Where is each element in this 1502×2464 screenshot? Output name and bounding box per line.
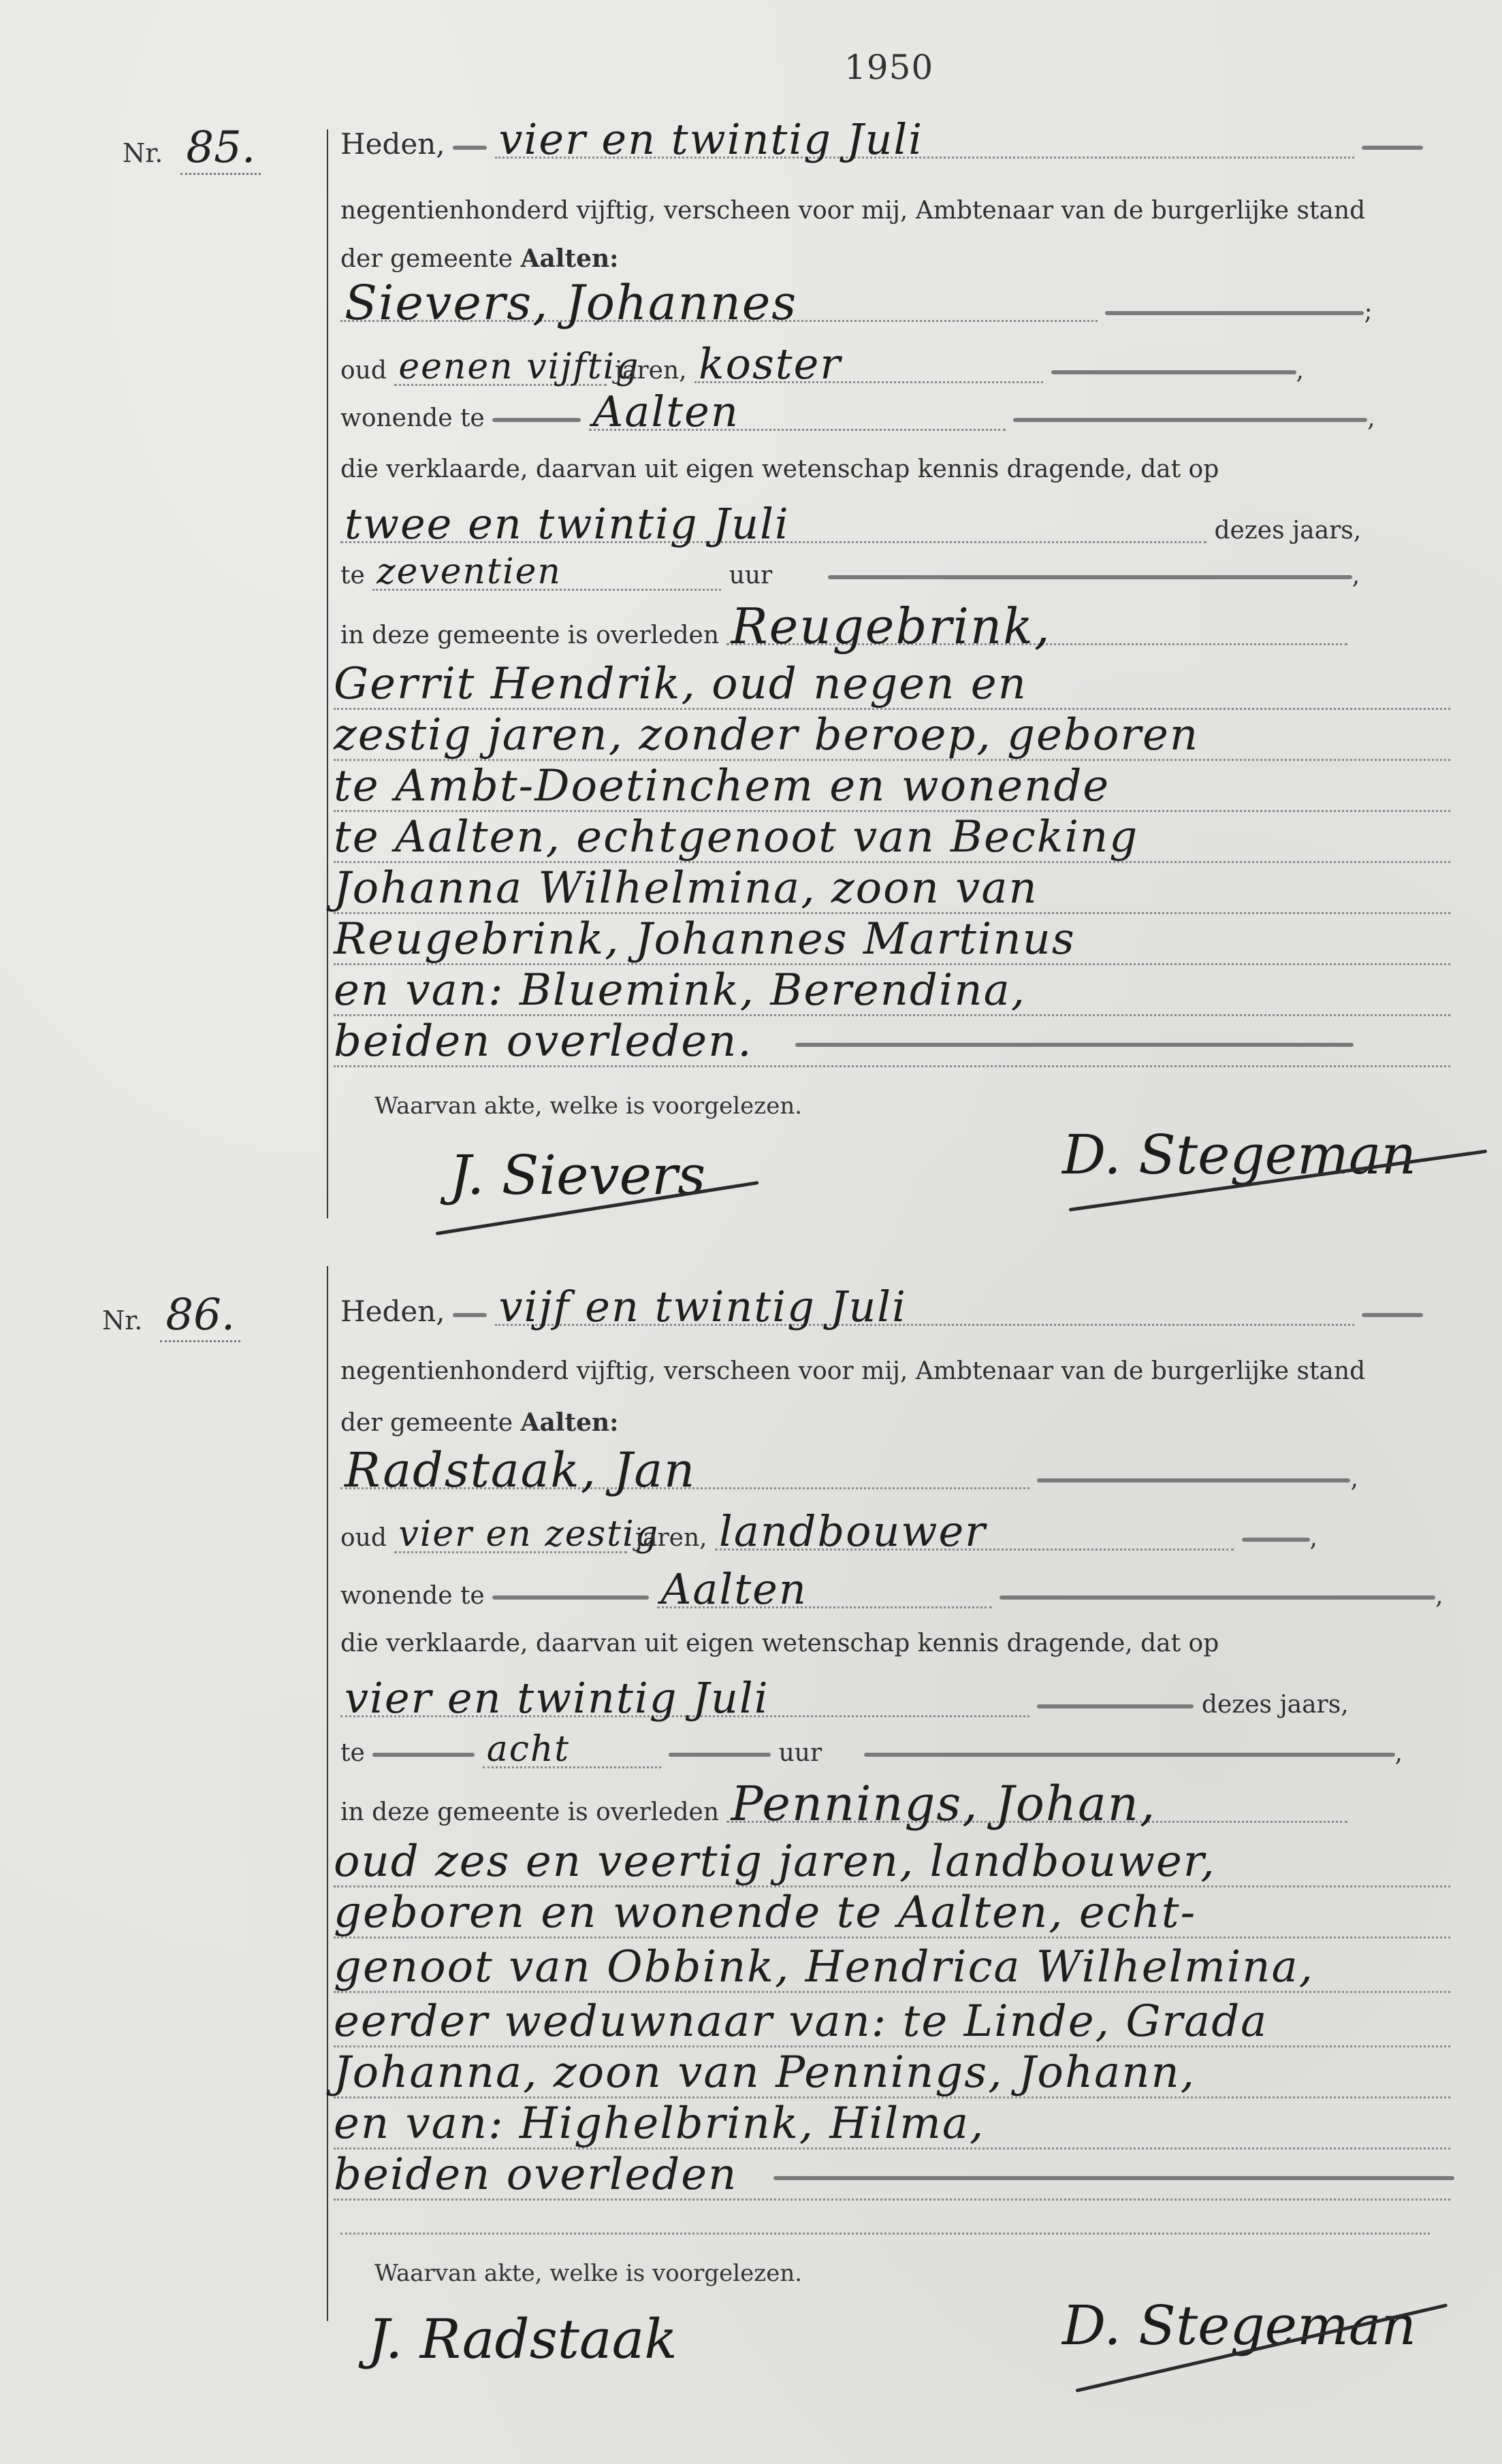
record-number: Nr. 85. (123, 123, 261, 173)
deceased-line-text: beiden overleden (334, 2150, 737, 2200)
oud-label: oud (340, 1524, 387, 1552)
declarant-name-line: Radstaak, Jan , (340, 1453, 1443, 1496)
death-hour-line: te zeventien uur , (340, 555, 1443, 593)
heden-line: Heden, vijf en twintig Juli (340, 1290, 1443, 1331)
declaration-text: die verklaarde, daarvan uit eigen wetens… (340, 453, 1219, 487)
deceased-line: genoot van Obbink, Hendrica Wilhelmina, (334, 1943, 1450, 1993)
deceased-line: Reugebrink, Johannes Martinus (334, 915, 1450, 965)
dezes-label: dezes jaars, (1202, 1691, 1349, 1719)
deceased-line-text: beiden overleden. (334, 1016, 753, 1067)
record-number: Nr. 86. (102, 1290, 240, 1340)
nr-value: 86. (160, 1290, 240, 1342)
declaration-text: die verklaarde, daarvan uit eigen wetens… (340, 1627, 1219, 1661)
deceased-line: Gerrit Hendrik, oud negen en (334, 660, 1450, 710)
declarant-residence: Aalten (589, 395, 1006, 431)
wonende-label: wonende te (340, 404, 485, 432)
overleden-label: in deze gemeente is overleden (340, 1798, 719, 1826)
nr-value: 85. (180, 123, 261, 175)
deceased-line: beiden overleden (334, 2151, 1450, 2201)
death-date-line: vier en twintig Juli dezes jaars, (340, 1681, 1443, 1722)
preamble-line: negentienhonderd vijftig, verscheen voor… (340, 1355, 1443, 1389)
declarant-name: Sievers, Johannes (340, 286, 1098, 322)
preamble-line: negentienhonderd vijftig, verscheen voor… (340, 194, 1443, 228)
declaration-line: die verklaarde, daarvan uit eigen wetens… (340, 1627, 1443, 1661)
municipality-line: der gemeente Aalten: (340, 242, 1443, 276)
deceased-line: oud zes en veertig jaren, landbouwer, (334, 1838, 1450, 1887)
signature-declarant: J. Radstaak (368, 2307, 677, 2371)
municipality-prefix: der gemeente (340, 245, 513, 273)
heden-line: Heden, vier en twintig Juli (340, 123, 1443, 163)
declarant-age: eenen vijftig (394, 350, 607, 386)
deceased-line: Johanna Wilhelmina, zoon van (334, 864, 1450, 914)
age-occupation-line: oud vier en zestig jaren, landbouwer , (340, 1514, 1443, 1555)
overleden-label: in deze gemeente is overleden (340, 621, 719, 649)
date-written: vijf en twintig Juli (495, 1290, 1354, 1326)
deceased-line: beiden overleden. (334, 1018, 1450, 1067)
overleden-line: in deze gemeente is overleden Pennings, … (340, 1787, 1443, 1830)
overleden-line: in deze gemeente is overleden Reugebrink… (340, 609, 1443, 653)
deceased-surname: Pennings, Johan, (726, 1787, 1347, 1823)
deceased-line: Johanna, zoon van Pennings, Johann, (334, 2049, 1450, 2098)
municipality-name: Aalten: (521, 244, 619, 273)
death-date: twee en twintig Juli (340, 507, 1207, 543)
preamble-text: negentienhonderd vijftig, verscheen voor… (340, 194, 1365, 228)
heden-label: Heden, (340, 1295, 445, 1328)
deceased-line: eerder weduwnaar van: te Linde, Grada (334, 1998, 1450, 2047)
declarant-name-line: Sievers, Johannes ; (340, 286, 1443, 329)
jaren-label: jaren, (635, 1524, 707, 1552)
closing-text: Waarvan akte, welke is voorgelezen. (374, 2256, 1477, 2290)
uur-label: uur (729, 562, 773, 589)
deceased-line: zestig jaren, zonder beroep, geboren (334, 711, 1450, 761)
date-written: vier en twintig Juli (495, 123, 1354, 159)
uur-label: uur (779, 1739, 822, 1767)
jaren-label: jaren, (615, 357, 687, 385)
age-occupation-line: oud eenen vijftig jaren, koster , (340, 347, 1443, 388)
declarant-occupation: landbouwer (715, 1514, 1234, 1551)
heden-label: Heden, (340, 127, 445, 161)
blank-dotted-line (340, 2233, 1430, 2235)
wonende-label: wonende te (340, 1582, 485, 1610)
margin-rule-bottom (327, 1266, 328, 2321)
te-label: te (340, 1739, 365, 1767)
declarant-age: vier en zestig (394, 1517, 627, 1553)
declarant-occupation: koster (694, 347, 1043, 383)
nr-label: Nr. (102, 1306, 142, 1335)
signature-official: D. Stegeman (1062, 1123, 1416, 1186)
preamble-text: negentienhonderd vijftig, verscheen voor… (340, 1355, 1365, 1389)
declarant-residence: Aalten (657, 1572, 992, 1608)
margin-rule-top (327, 129, 328, 1218)
death-hour-line: te acht uur , (340, 1732, 1443, 1770)
municipality-prefix: der gemeente (340, 1409, 513, 1437)
death-date: vier en twintig Juli (340, 1681, 1029, 1717)
deceased-line: geboren en wonende te Aalten, echt- (334, 1889, 1450, 1939)
oud-label: oud (340, 357, 387, 385)
nr-label: Nr. (123, 138, 163, 168)
municipality-name: Aalten: (521, 1408, 619, 1437)
deceased-surname: Reugebrink, (726, 609, 1347, 645)
page-year: 1950 (844, 48, 933, 87)
residence-line: wonende te Aalten , (340, 395, 1443, 436)
declarant-name: Radstaak, Jan (340, 1453, 1029, 1489)
deceased-line: en van: Highelbrink, Hilma, (334, 2100, 1450, 2150)
municipality-line: der gemeente Aalten: (340, 1406, 1443, 1440)
dezes-label: dezes jaars, (1214, 517, 1361, 545)
deceased-line: te Ambt-Doetinchem en wonende (334, 762, 1450, 812)
te-label: te (340, 562, 365, 589)
death-hour: acht (483, 1732, 661, 1768)
death-date-line: twee en twintig Juli dezes jaars, (340, 507, 1443, 548)
deceased-line: en van: Bluemink, Berendina, (334, 967, 1450, 1016)
residence-line: wonende te Aalten , (340, 1572, 1443, 1613)
death-hour: zeventien (372, 555, 721, 591)
deceased-line: te Aalten, echtgenoot van Becking (334, 813, 1450, 863)
declaration-line: die verklaarde, daarvan uit eigen wetens… (340, 453, 1443, 487)
closing-text: Waarvan akte, welke is voorgelezen. (374, 1089, 1477, 1123)
